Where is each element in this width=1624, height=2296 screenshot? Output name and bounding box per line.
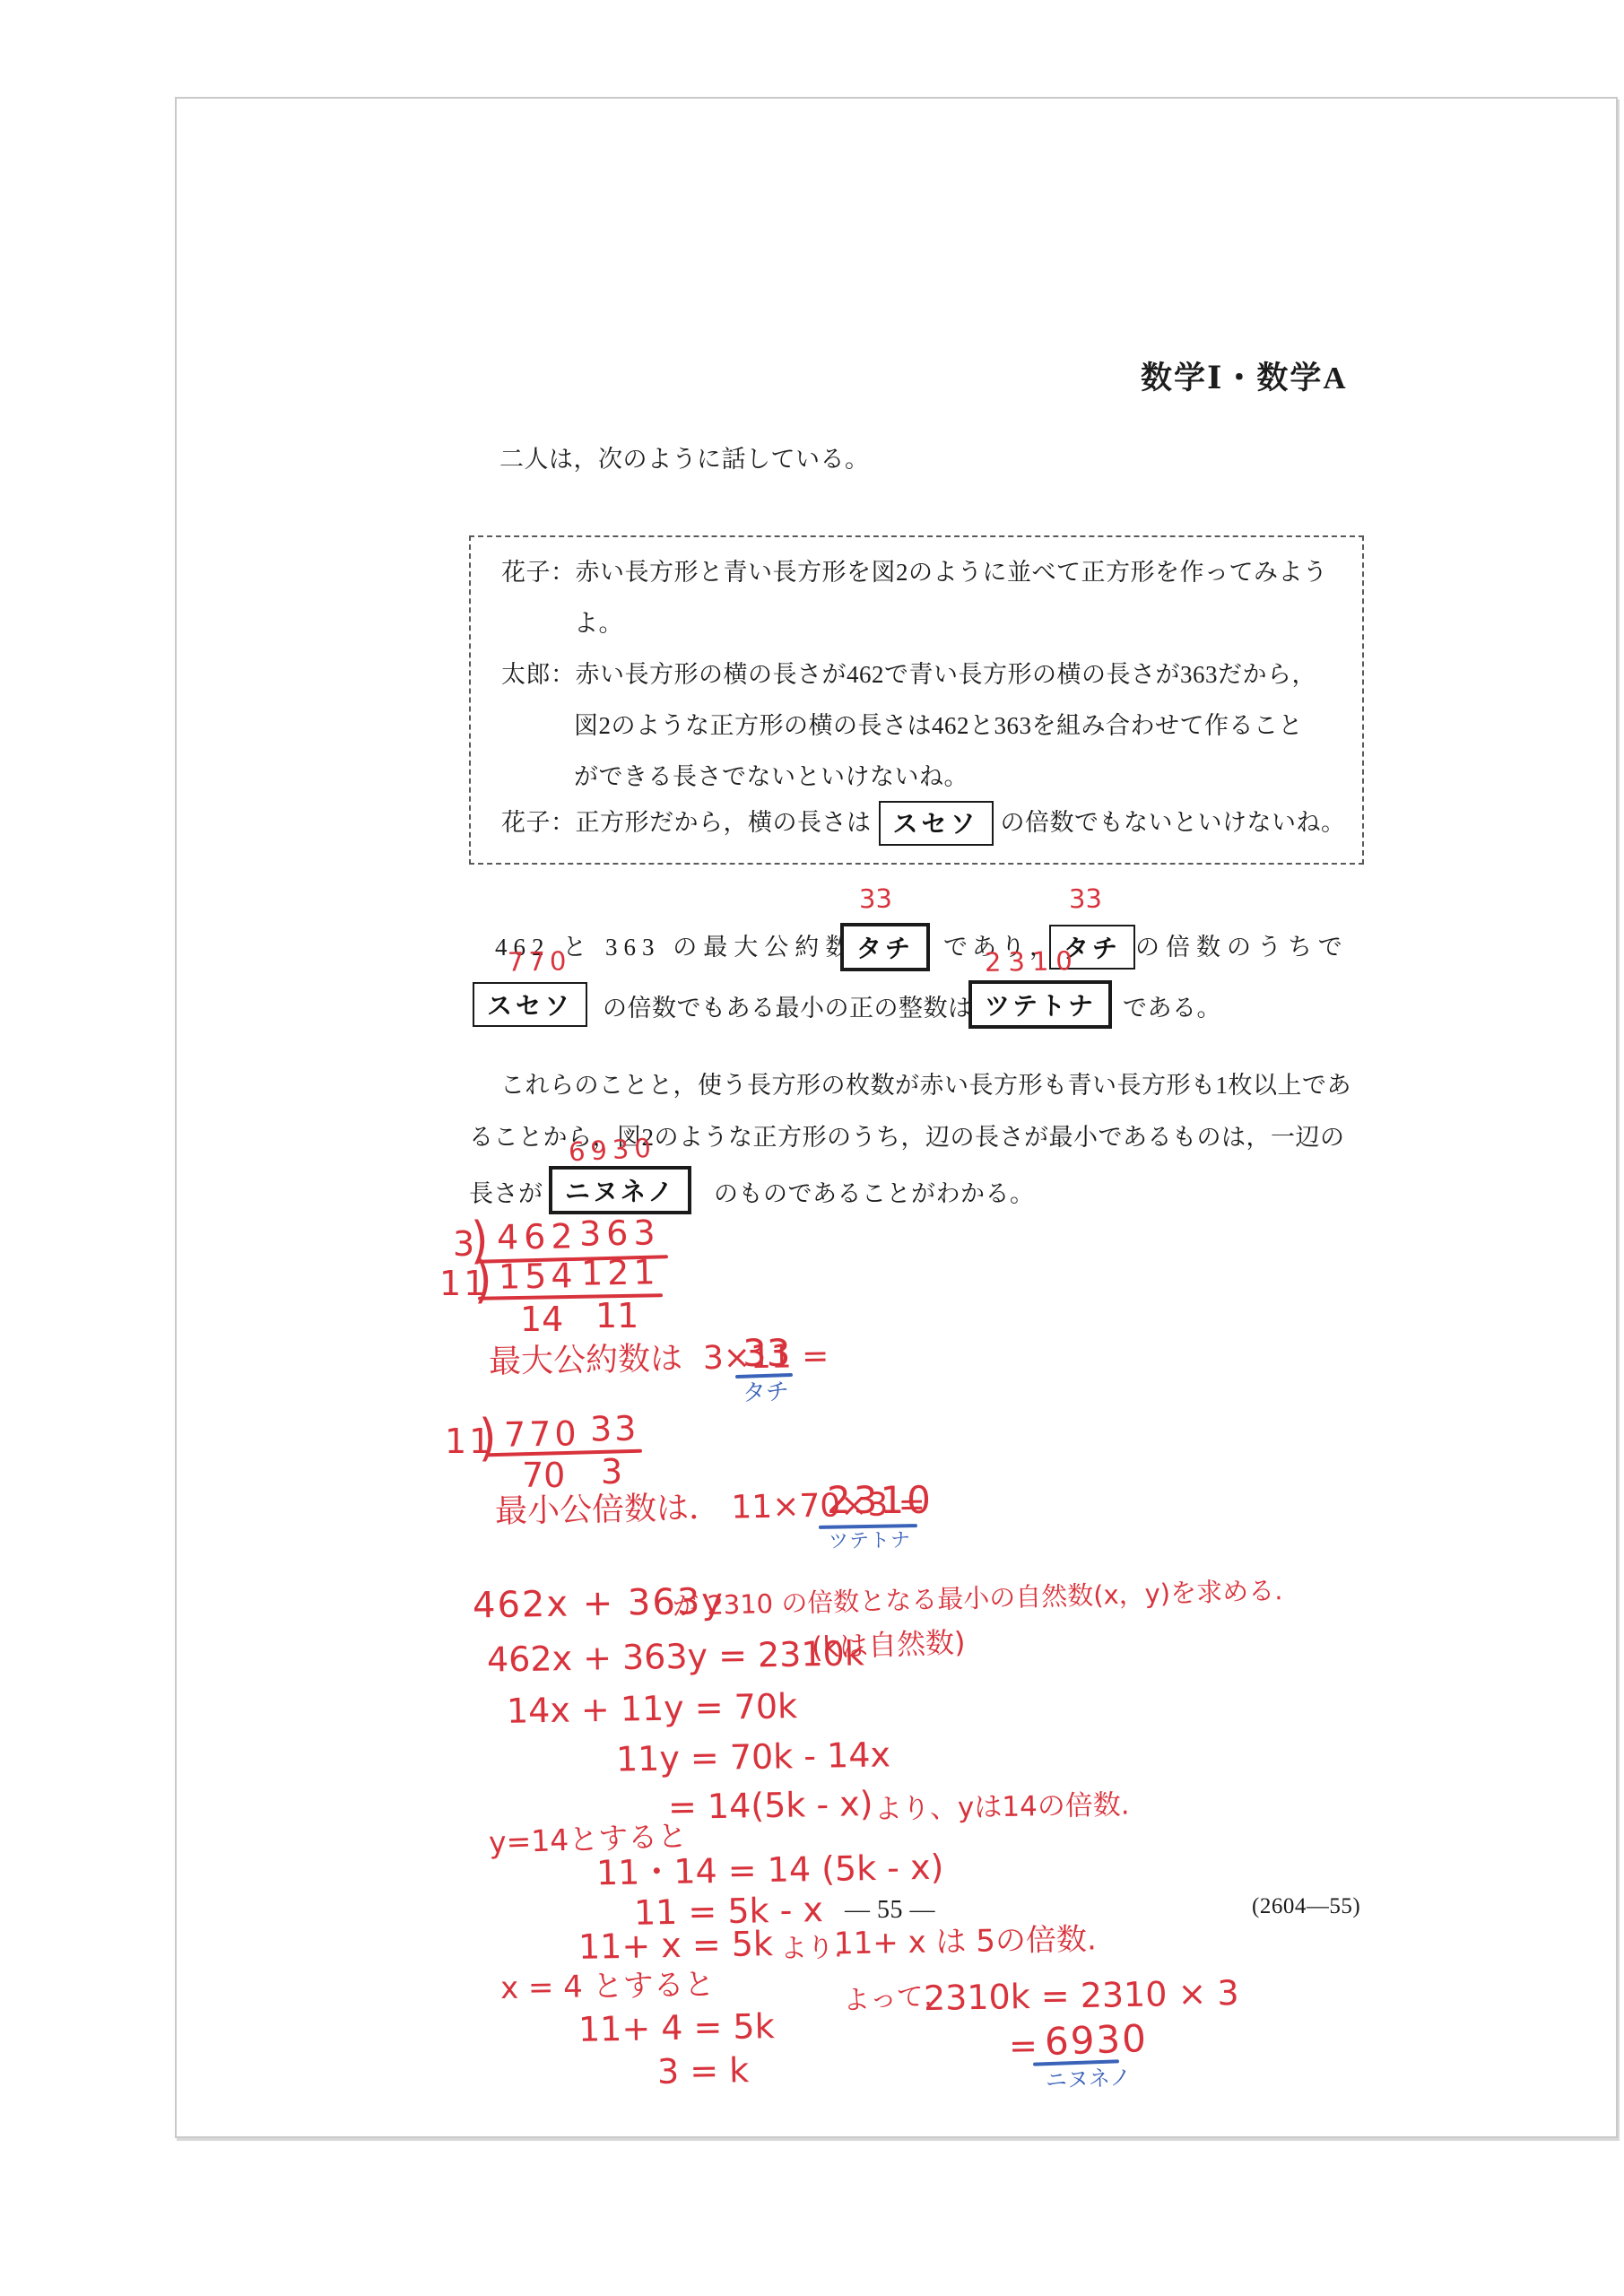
lcm-blue-label-tsutetona: ツテトナ [829, 1531, 911, 1552]
speaker-hanako-2: 花子： [501, 808, 576, 839]
dialogue-line-3: 太郎：赤い長方形の横の長さが462で青い長方形の横の長さが363だから， [501, 660, 1316, 691]
annotation-770: 770 [508, 948, 571, 975]
dialogue-line-4: 図2のような正方形の横の長さは462と363を組み合わせて作ること [574, 711, 1303, 742]
page-number: — 55 — [845, 1894, 935, 1926]
para2-text-2: のものであることがわかる。 [714, 1179, 1035, 1210]
paper-sheet [175, 97, 1618, 2138]
para2-line-1: これらのことと，使う長方形の枚数が赤い長方形も青い長方形も1枚以上であ [500, 1071, 1351, 1101]
final-blue-label-ninuneno: ニヌネノ [1046, 2066, 1132, 2091]
lcm-quotient-3: 3 [601, 1455, 622, 1489]
gcd-row2-154: 154 [499, 1258, 578, 1294]
intro-text: 二人は，次のように話している。 [499, 445, 870, 475]
deriv-result-6930: 6930 [1044, 2020, 1148, 2061]
gcd-row1-462: 462 [497, 1219, 578, 1255]
deriv-right-equals: = [1009, 2029, 1038, 2064]
deriv-right-eq: 2310k = 2310 × 3 [924, 1976, 1239, 2015]
answer-box-tachi-1: タチ [840, 923, 930, 971]
para1-text-5: である。 [1123, 994, 1221, 1024]
deriv-line2-eq: 462x + 363y = 2310k [487, 1636, 864, 1676]
deriv-line4-eq: 11y = 70k - 14x [616, 1737, 891, 1776]
deriv-right-yotte: よって. [842, 1983, 933, 2014]
dialogue-line-2: よ。 [574, 609, 623, 639]
speaker-taro: 太郎： [501, 661, 576, 688]
deriv-line10-assume-x: x = 4 とすると [500, 1970, 715, 2004]
lcm-row1-33: 33 [590, 1412, 639, 1447]
dialogue-line-5: ができる長さでないといけないね。 [574, 762, 968, 793]
annotation-6930: 6930 [568, 1135, 656, 1165]
deriv-line2-note: (kは自然数) [811, 1628, 966, 1662]
answer-box-ninuneno: ニヌネノ [549, 1166, 691, 1214]
dialogue-line-6: 花子：正方形だから，横の長さは スセソ の倍数でもないといけないね。 [501, 801, 1346, 846]
lcm-row1-770: 770 [504, 1416, 580, 1451]
gcd-quotient-14: 14 [520, 1302, 563, 1336]
speaker-hanako: 花子： [501, 559, 576, 586]
gcd-row1-363: 363 [579, 1215, 661, 1251]
lcm-result-2310: 2310 [827, 1482, 934, 1519]
annotation-2310: 2310 [985, 948, 1080, 976]
answer-box-tsutetona: ツテトナ [968, 980, 1112, 1029]
gcd-quotient-11: 11 [595, 1299, 638, 1333]
deriv-line11-eq: 11+ 4 = 5k [578, 2009, 775, 2047]
deriv-line5-eq: = 14(5k - x) [668, 1787, 873, 1824]
annotation-33-first: 33 [859, 886, 892, 913]
para1-text-4: の倍数でもある最小の正の整数は [603, 994, 973, 1024]
gcd-result-33: 33 [743, 1335, 790, 1372]
booklet-code: (2604—55) [1252, 1892, 1360, 1920]
page-title: 数学Ⅰ・数学A [1141, 359, 1348, 398]
scanned-exam-page: 数学Ⅰ・数学A 二人は，次のように話している。 花子：赤い長方形と青い長方形を図… [0, 0, 1624, 2296]
deriv-line5-note: より、yは14の倍数. [874, 1792, 1130, 1824]
deriv-line9-eq: 11+ x = 5k [578, 1926, 774, 1964]
dialogue-line-1: 花子：赤い長方形と青い長方形を図2のように並べて正方形を作ってみよう [501, 558, 1328, 588]
deriv-line7-eq: 11・14 = 14 (5k - x) [596, 1850, 944, 1891]
para2-text-1: 長さが [469, 1179, 543, 1210]
gcd-blue-label-tachi: タチ [743, 1380, 790, 1405]
gcd-row2-121: 121 [581, 1255, 660, 1291]
annotation-33-second: 33 [1069, 886, 1102, 913]
deriv-line9-note: 11+ x は 5の倍数. [834, 1924, 1097, 1959]
answer-box-suseso-para: スセソ [473, 982, 587, 1027]
deriv-line3-eq: 14x + 11y = 70k [507, 1689, 798, 1728]
deriv-line12-eq: 3 = k [657, 2053, 750, 2089]
para1-text-3: の倍数のうちで [1135, 933, 1349, 963]
lcm-quotient-70: 70 [522, 1458, 565, 1492]
answer-box-susesO-dialog: スセソ [879, 801, 994, 846]
